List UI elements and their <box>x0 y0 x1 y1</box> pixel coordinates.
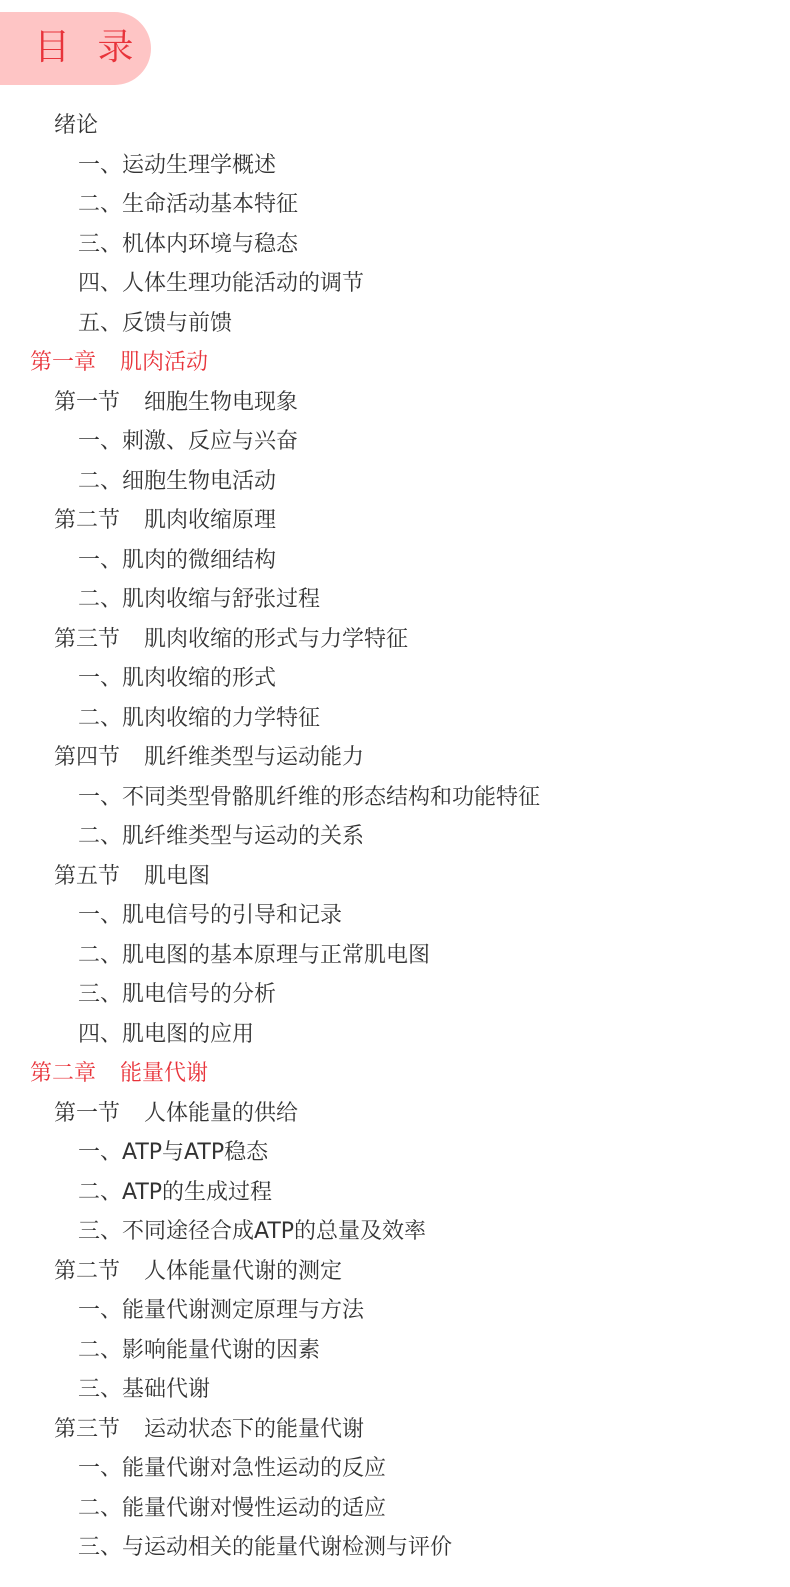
toc-label: 运动状态下的能量代谢 <box>144 1417 364 1442</box>
toc-item[interactable]: 二、肌肉收缩与舒张过程 <box>0 580 790 620</box>
toc-label: 人体能量代谢的测定 <box>144 1259 342 1284</box>
toc-number: 第一章 <box>30 350 96 375</box>
toc-item[interactable]: 三、与运动相关的能量代谢检测与评价 <box>0 1528 790 1568</box>
toc-section[interactable]: 绪论 <box>0 106 790 146</box>
toc-item[interactable]: 一、能量代谢测定原理与方法 <box>0 1291 790 1331</box>
toc-chapter[interactable]: 第一章肌肉活动 <box>0 343 790 383</box>
toc-item[interactable]: 五、反馈与前馈 <box>0 304 790 344</box>
toc-label: 四、肌电图的应用 <box>78 1022 254 1047</box>
toc-label: 肌肉收缩的形式与力学特征 <box>144 627 408 652</box>
toc-number: 第二章 <box>30 1061 96 1086</box>
toc-item[interactable]: 二、肌电图的基本原理与正常肌电图 <box>0 936 790 976</box>
toc-label: 细胞生物电现象 <box>144 390 298 415</box>
toc-title: 目 录 <box>34 26 141 70</box>
toc-label: 二、影响能量代谢的因素 <box>78 1338 320 1363</box>
toc-label: 肌肉活动 <box>120 350 208 375</box>
toc-label: 二、肌肉收缩的力学特征 <box>78 706 320 731</box>
toc-label: 肌纤维类型与运动能力 <box>144 745 364 770</box>
toc-section[interactable]: 第四节肌纤维类型与运动能力 <box>0 738 790 778</box>
toc-label: 二、肌电图的基本原理与正常肌电图 <box>78 943 430 968</box>
toc-item[interactable]: 三、基础代谢 <box>0 1370 790 1410</box>
toc-label: 一、刺激、反应与兴奋 <box>78 429 298 454</box>
toc-section[interactable]: 第三节肌肉收缩的形式与力学特征 <box>0 620 790 660</box>
toc-label: 人体能量的供给 <box>144 1101 298 1126</box>
toc-number: 第四节 <box>54 745 120 770</box>
toc-label: 一、肌电信号的引导和记录 <box>78 903 342 928</box>
toc-label: 一、不同类型骨骼肌纤维的形态结构和功能特征 <box>78 785 540 810</box>
toc-item[interactable]: 三、不同途径合成ATP的总量及效率 <box>0 1212 790 1252</box>
toc-item[interactable]: 一、刺激、反应与兴奋 <box>0 422 790 462</box>
toc-label: 三、与运动相关的能量代谢检测与评价 <box>78 1535 452 1560</box>
toc-item[interactable]: 一、ATP与ATP稳态 <box>0 1133 790 1173</box>
toc-number: 第一节 <box>54 1101 120 1126</box>
toc-label: 绪论 <box>54 113 98 138</box>
toc-item[interactable]: 一、能量代谢对急性运动的反应 <box>0 1449 790 1489</box>
toc-item[interactable]: 二、肌肉收缩的力学特征 <box>0 699 790 739</box>
toc-label: 一、肌肉收缩的形式 <box>78 666 276 691</box>
toc-label: 二、能量代谢对慢性运动的适应 <box>78 1496 386 1521</box>
toc-label: 五、反馈与前馈 <box>78 311 232 336</box>
toc-label: 一、能量代谢对急性运动的反应 <box>78 1456 386 1481</box>
toc-item[interactable]: 二、能量代谢对慢性运动的适应 <box>0 1489 790 1529</box>
toc-item[interactable]: 一、肌电信号的引导和记录 <box>0 896 790 936</box>
toc-chapter[interactable]: 第二章能量代谢 <box>0 1054 790 1094</box>
toc-section[interactable]: 第五节肌电图 <box>0 857 790 897</box>
toc-label: 肌电图 <box>144 864 210 889</box>
toc-item[interactable]: 一、不同类型骨骼肌纤维的形态结构和功能特征 <box>0 778 790 818</box>
toc-label: 一、肌肉的微细结构 <box>78 548 276 573</box>
toc-number: 第三节 <box>54 1417 120 1442</box>
toc-section[interactable]: 第二节人体能量代谢的测定 <box>0 1252 790 1292</box>
toc-label: 一、ATP与ATP稳态 <box>78 1140 268 1165</box>
toc-item[interactable]: 二、影响能量代谢的因素 <box>0 1331 790 1371</box>
toc-title-banner: 目 录 <box>0 12 151 85</box>
toc-label: 能量代谢 <box>120 1061 208 1086</box>
toc-label: 二、肌纤维类型与运动的关系 <box>78 824 364 849</box>
toc-item[interactable]: 四、肌电图的应用 <box>0 1015 790 1055</box>
toc-item[interactable]: 二、生命活动基本特征 <box>0 185 790 225</box>
toc-label: 三、基础代谢 <box>78 1377 210 1402</box>
toc-label: 四、人体生理功能活动的调节 <box>78 271 364 296</box>
toc-label: 二、ATP的生成过程 <box>78 1180 272 1205</box>
toc-item[interactable]: 四、人体生理功能活动的调节 <box>0 264 790 304</box>
toc-label: 三、不同途径合成ATP的总量及效率 <box>78 1219 426 1244</box>
toc-label: 三、肌电信号的分析 <box>78 982 276 1007</box>
toc-label: 一、运动生理学概述 <box>78 153 276 178</box>
toc-item[interactable]: 二、ATP的生成过程 <box>0 1173 790 1213</box>
toc-label: 一、能量代谢测定原理与方法 <box>78 1298 364 1323</box>
toc-item[interactable]: 二、细胞生物电活动 <box>0 462 790 502</box>
toc-number: 第三节 <box>54 627 120 652</box>
toc-number: 第五节 <box>54 864 120 889</box>
toc-section[interactable]: 第三节运动状态下的能量代谢 <box>0 1410 790 1450</box>
toc-label: 三、机体内环境与稳态 <box>78 232 298 257</box>
toc-number: 第一节 <box>54 390 120 415</box>
toc-item[interactable]: 三、机体内环境与稳态 <box>0 225 790 265</box>
toc-number: 第二节 <box>54 1259 120 1284</box>
toc-number: 第二节 <box>54 508 120 533</box>
toc-item[interactable]: 一、运动生理学概述 <box>0 146 790 186</box>
toc-label: 二、细胞生物电活动 <box>78 469 276 494</box>
toc-section[interactable]: 第一节细胞生物电现象 <box>0 383 790 423</box>
toc-label: 二、肌肉收缩与舒张过程 <box>78 587 320 612</box>
toc-item[interactable]: 一、肌肉的微细结构 <box>0 541 790 581</box>
toc-label: 肌肉收缩原理 <box>144 508 276 533</box>
toc-section[interactable]: 第一节人体能量的供给 <box>0 1094 790 1134</box>
toc-item[interactable]: 一、肌肉收缩的形式 <box>0 659 790 699</box>
toc-section[interactable]: 第二节肌肉收缩原理 <box>0 501 790 541</box>
toc-item[interactable]: 三、肌电信号的分析 <box>0 975 790 1015</box>
toc-label: 二、生命活动基本特征 <box>78 192 298 217</box>
table-of-contents: 绪论一、运动生理学概述二、生命活动基本特征三、机体内环境与稳态四、人体生理功能活… <box>0 106 790 1568</box>
toc-item[interactable]: 二、肌纤维类型与运动的关系 <box>0 817 790 857</box>
